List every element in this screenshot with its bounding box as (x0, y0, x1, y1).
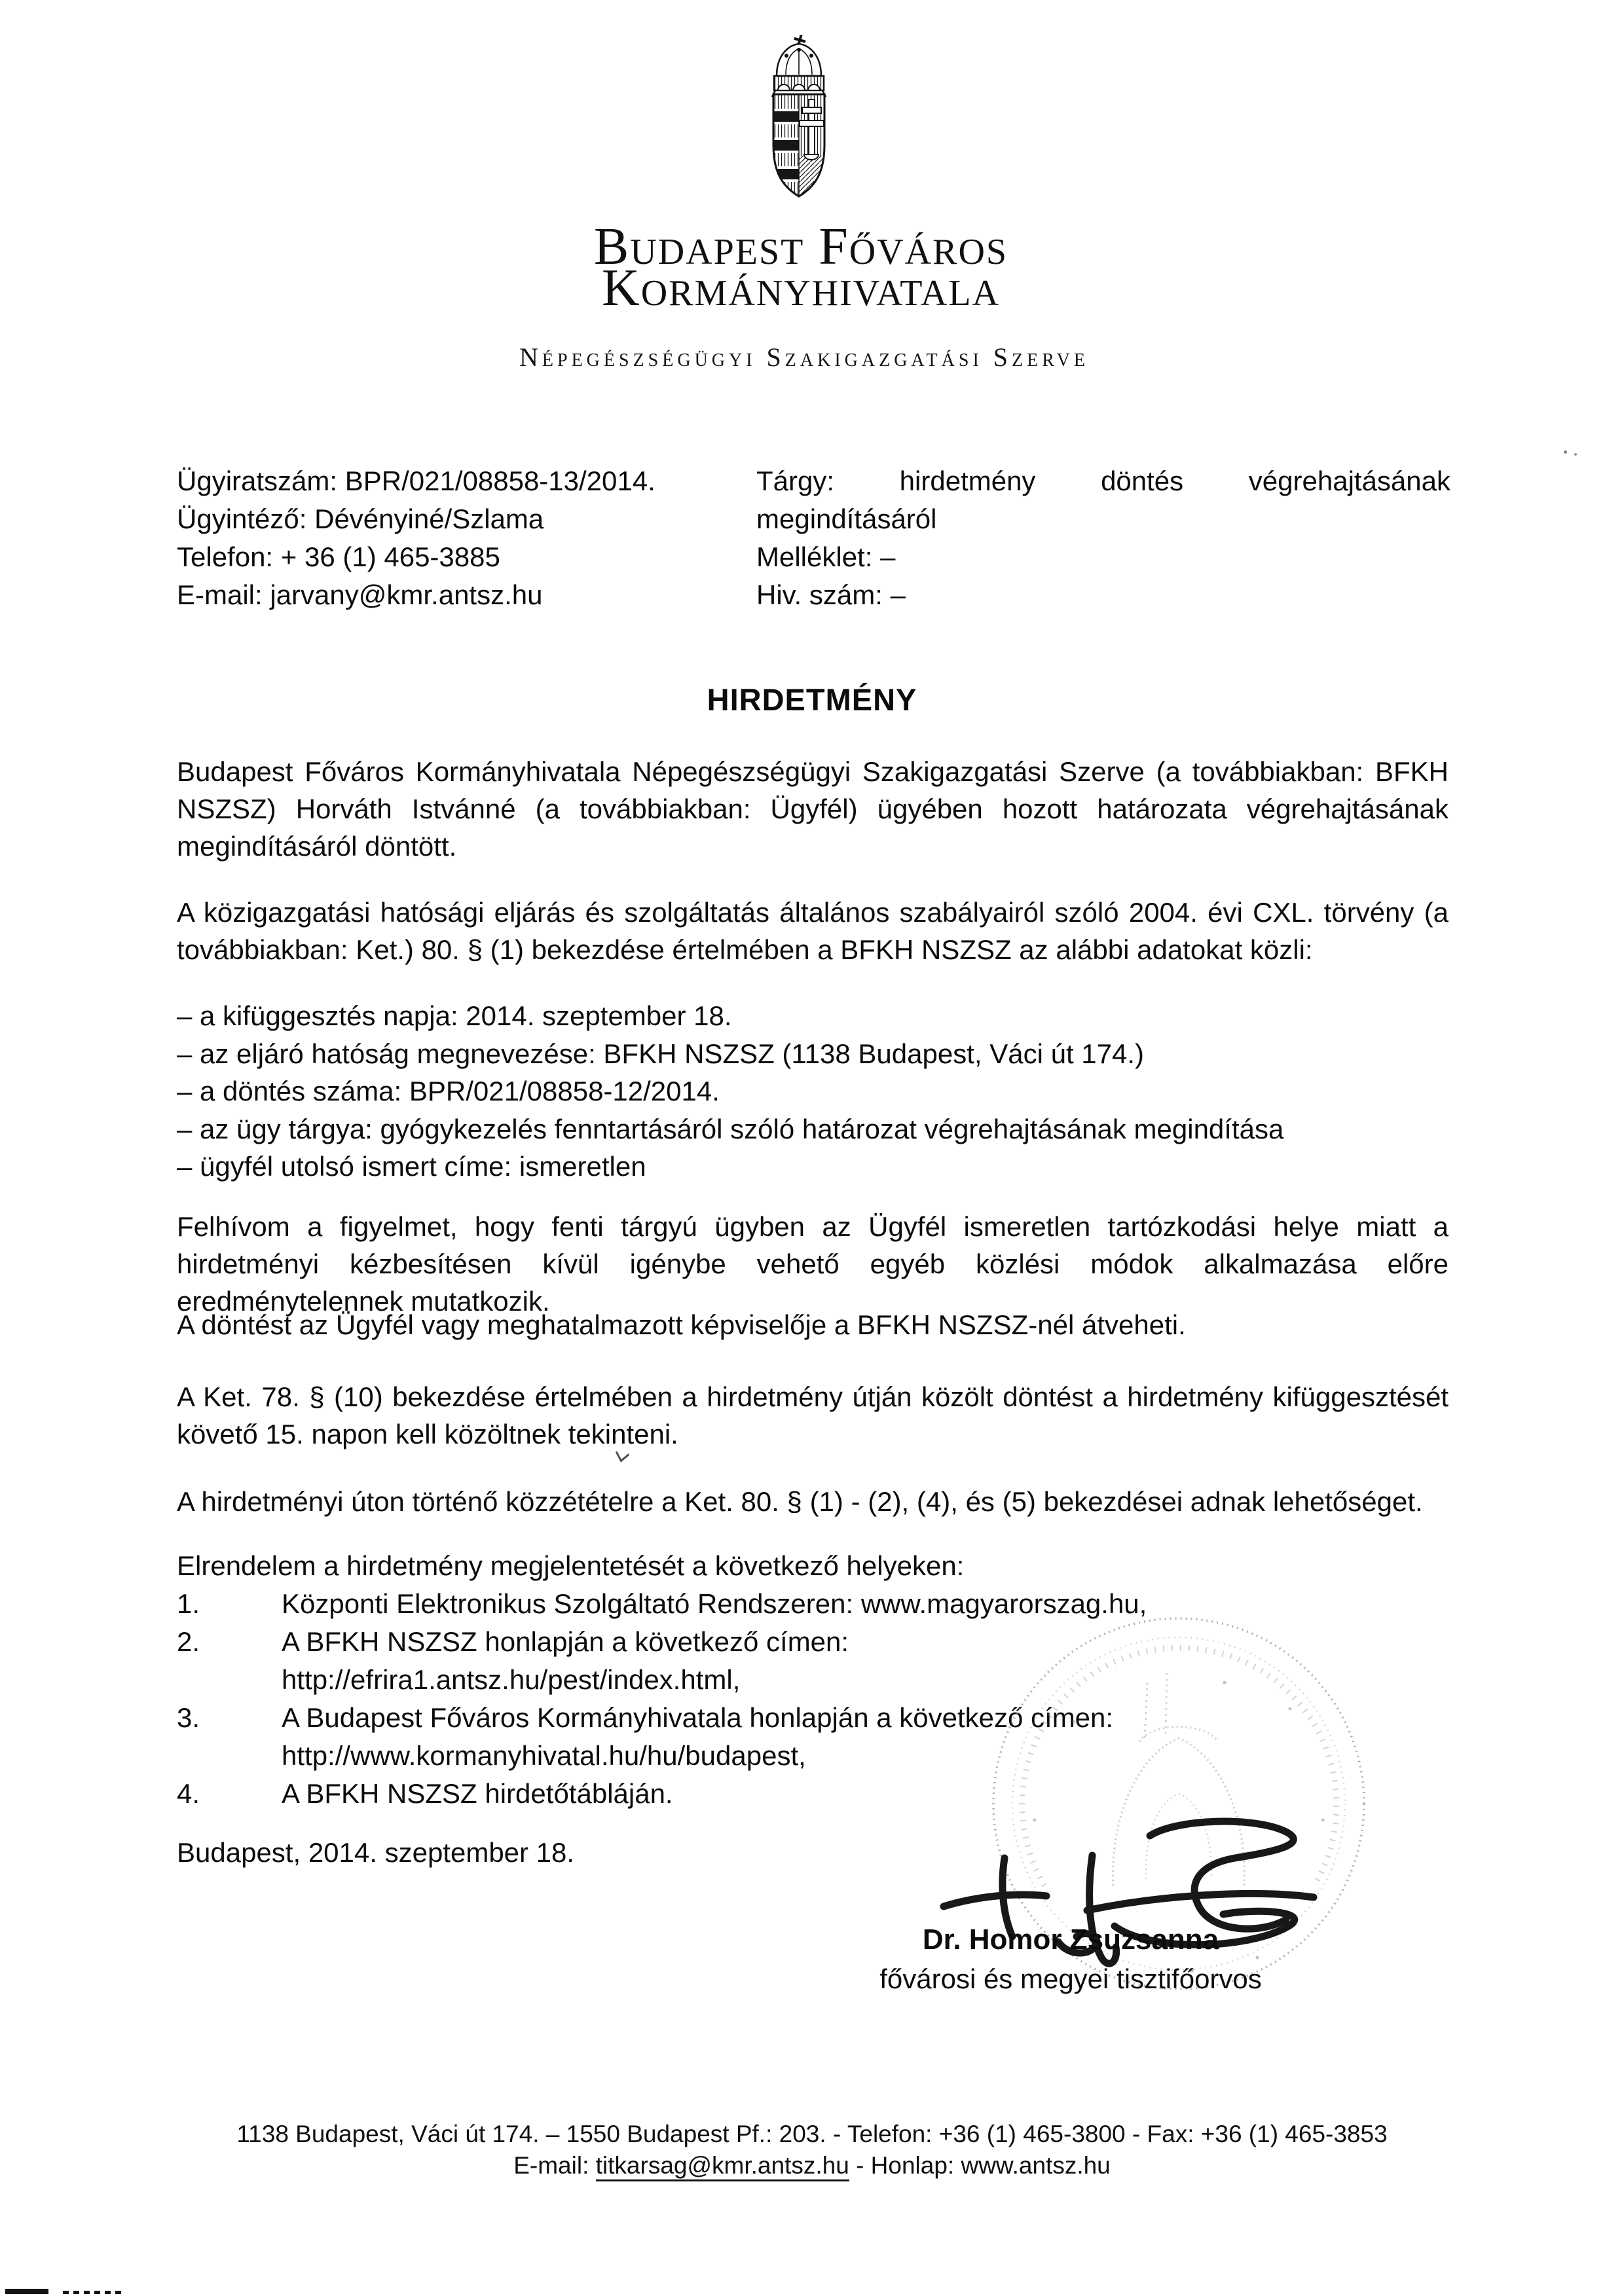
org-department: Népegészségügyi Szakigazgatási Szerve (0, 342, 1608, 373)
list-text: A BFKH NSZSZ honlapján a következő címen… (282, 1623, 849, 1661)
field-value: + 36 (1) 465-3885 (281, 541, 500, 572)
case-info-left: Ügyiratszám: BPR/021/08858-13/2014. Ügyi… (177, 462, 756, 614)
hungarian-coat-of-arms-icon (750, 34, 847, 215)
footer-contact-line: E-mail: titkarsag@kmr.antsz.hu - Honlap:… (0, 2150, 1624, 2181)
scan-artifact (1574, 453, 1577, 456)
list-url: http://efrira1.antsz.hu/pest/index.html, (282, 1661, 740, 1699)
signatory-role: fővárosi és megyei tisztifőorvos (838, 1963, 1303, 1995)
paragraph-intro: Budapest Főváros Kormányhivatala Népegés… (177, 753, 1449, 865)
document-page: Budapest Főváros Kormányhivatala Népegés… (0, 0, 1624, 2296)
field-value: hirdetmény döntés végrehajtásának megind… (756, 465, 1450, 534)
announcement-data-list: – a kifüggesztés napja: 2014. szeptember… (177, 997, 1473, 1186)
case-info: Ügyiratszám: BPR/021/08858-13/2014. Ügyi… (177, 462, 1450, 614)
list-item-client-address: – ügyfél utolsó ismert címe: ismeretlen (177, 1148, 1473, 1186)
paragraph-legal-basis: A közigazgatási hatósági eljárás és szol… (177, 894, 1449, 968)
subject-row: Tárgy: hirdetmény döntés végrehajtásának… (756, 462, 1450, 538)
org-name: Budapest Főváros Kormányhivatala (0, 227, 1602, 309)
footer-email-label: E-mail: (513, 2152, 595, 2179)
list-text: A BFKH NSZSZ hirdetőtábláján. (282, 1775, 673, 1813)
email-row: E-mail: jarvany@kmr.antsz.hu (177, 576, 756, 614)
footer-address-line: 1138 Budapest, Váci út 174. – 1550 Budap… (0, 2119, 1624, 2150)
document-title: HIRDETMÉNY (0, 682, 1624, 718)
list-item-authority: – az eljáró hatóság megnevezése: BFKH NS… (177, 1035, 1473, 1073)
field-label: Telefon: (177, 541, 273, 572)
field-label: Ügyintéző: (177, 503, 306, 534)
list-number: 1. (177, 1585, 282, 1623)
field-label: Tárgy: (756, 465, 834, 496)
attachment-row: Melléklet: – (756, 538, 1450, 576)
paragraph-ket-80: A hirdetményi úton történő közzétételre … (177, 1483, 1449, 1520)
scan-artifact (5, 2289, 48, 2294)
paragraph-notice: Felhívom a figyelmet, hogy fenti tárgyú … (177, 1208, 1449, 1320)
scan-artifact (63, 2291, 122, 2294)
field-label: Ügyiratszám: (177, 465, 337, 496)
dateline: Budapest, 2014. szeptember 18. (177, 1837, 574, 1868)
footer-email: titkarsag@kmr.antsz.hu (596, 2152, 849, 2181)
field-value: BPR/021/08858-13/2014. (345, 465, 655, 496)
field-value: Dévényiné/Szlama (314, 503, 544, 534)
phone-row: Telefon: + 36 (1) 465-3885 (177, 538, 756, 576)
signatory-name: Dr. Homor Zsuzsanna (838, 1923, 1303, 1956)
field-label: Melléklet: (756, 541, 872, 572)
list-url: http://www.kormanyhivatal.hu/hu/budapest… (282, 1737, 806, 1775)
list-number: 3. (177, 1699, 282, 1737)
footer: 1138 Budapest, Váci út 174. – 1550 Budap… (0, 2119, 1624, 2181)
paragraph-order: Elrendelem a hirdetmény megjelentetését … (177, 1547, 1449, 1584)
case-officer-row: Ügyintéző: Dévényiné/Szlama (177, 500, 756, 538)
scan-artifact (1564, 450, 1567, 454)
field-label: E-mail: (177, 579, 263, 610)
list-number (177, 1661, 282, 1699)
case-number-row: Ügyiratszám: BPR/021/08858-13/2014. (177, 462, 756, 500)
list-number: 4. (177, 1775, 282, 1813)
paragraph-ket-78: A Ket. 78. § (10) bekezdése értelmében a… (177, 1378, 1449, 1453)
footer-homepage: - Honlap: www.antsz.hu (849, 2152, 1111, 2179)
case-info-right: Tárgy: hirdetmény döntés végrehajtásának… (756, 462, 1450, 614)
reference-number-row: Hiv. szám: – (756, 576, 1450, 614)
list-number: 2. (177, 1623, 282, 1661)
field-label: Hiv. szám: (756, 579, 883, 610)
list-item-decision-number: – a döntés száma: BPR/021/08858-12/2014. (177, 1072, 1473, 1110)
field-value: – (880, 541, 895, 572)
field-value: – (891, 579, 906, 610)
paragraph-pickup: A döntést az Ügyfél vagy meghatalmazott … (177, 1306, 1449, 1343)
list-item-case-subject: – az ügy tárgya: gyógykezelés fenntartás… (177, 1110, 1473, 1148)
list-number (177, 1737, 282, 1775)
field-value: jarvany@kmr.antsz.hu (270, 579, 542, 610)
list-item-posting-date: – a kifüggesztés napja: 2014. szeptember… (177, 997, 1473, 1035)
org-name-line2: Kormányhivatala (0, 268, 1602, 309)
